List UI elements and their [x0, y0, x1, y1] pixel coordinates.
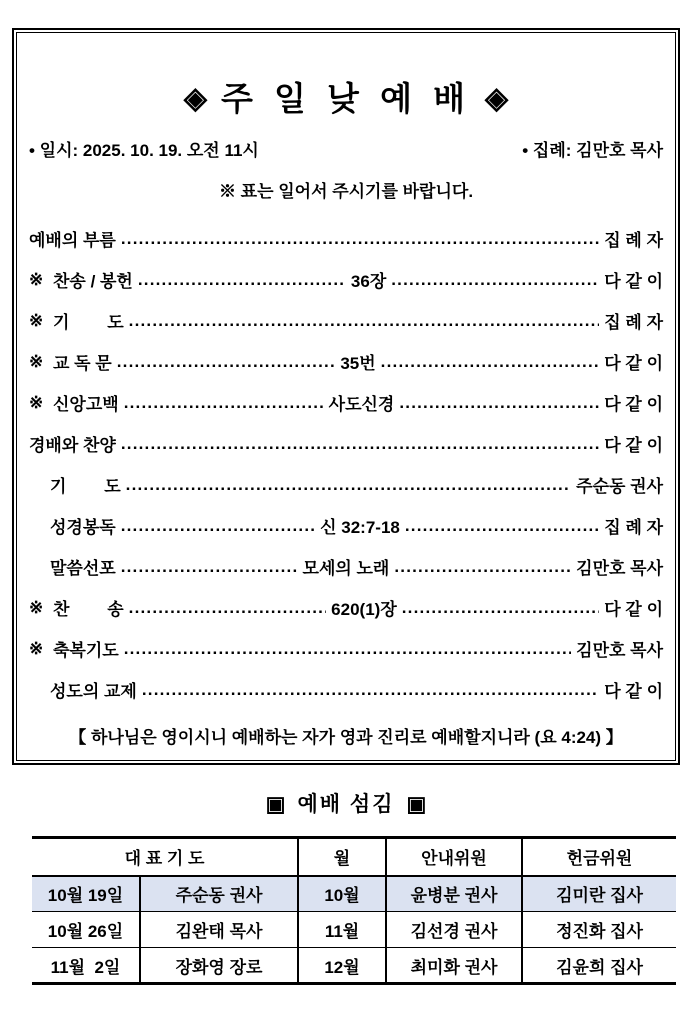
order-item-person: 집 례 자 — [604, 513, 663, 538]
order-item-detail: 35번 — [340, 349, 375, 374]
stand-marker: ※ — [29, 270, 53, 290]
order-item-detail: 36장 — [351, 267, 386, 292]
diamond-icon: ◈ — [485, 79, 508, 119]
service-info-row: • 일시: 2025. 10. 19. 오전 11시 • 집례: 김만호 목사 — [29, 141, 663, 161]
prayer-person: 주순동 권사 — [140, 876, 298, 912]
order-item-label: 경배와 찬양 — [29, 431, 116, 456]
order-item-detail: 신 32:7-18 — [320, 513, 400, 538]
serving-section-heading: ▣ 예배 섬김 ▣ — [0, 792, 692, 818]
dot-leader — [381, 352, 600, 372]
square-icon: ▣ — [266, 792, 286, 818]
order-item-prayer: ※ 기 도 집 례 자 — [29, 300, 663, 341]
order-item-fellowship: 성도의 교제 다 같 이 — [29, 669, 663, 710]
order-item-praise-worship: 경배와 찬양 다 같 이 — [29, 423, 663, 464]
order-item-person: 다 같 이 — [604, 595, 663, 620]
order-item-person: 다 같 이 — [604, 267, 663, 292]
order-item-detail: 620(1)장 — [331, 595, 397, 620]
stand-marker: ※ — [29, 639, 53, 659]
dot-leader — [394, 557, 571, 577]
order-item-label: 신앙고백 — [53, 390, 119, 415]
table-row-current-week: 10월 19일 주순동 권사 10월 윤병분 권사 김미란 집사 — [32, 876, 676, 912]
order-item-label: 성도의 교제 — [50, 677, 137, 702]
offering-person: 정진화 집사 — [522, 912, 676, 948]
order-item-detail: 모세의 노래 — [303, 554, 390, 579]
order-item-label: 기 도 — [53, 308, 124, 333]
dot-leader — [129, 311, 600, 331]
order-item-sermon: 말씀선포 모세의 노래 김만호 목사 — [29, 546, 663, 587]
square-icon: ▣ — [406, 792, 426, 818]
usher-person: 김선경 권사 — [386, 912, 522, 948]
order-item-label: 기 도 — [50, 472, 121, 497]
stand-marker: ※ — [29, 598, 53, 618]
order-item-person: 다 같 이 — [604, 431, 663, 456]
order-item-benediction: ※ 축복기도 김만호 목사 — [29, 628, 663, 669]
usher-person: 최미화 권사 — [386, 948, 522, 984]
page-title: 주 일 낮 예 배 — [221, 79, 471, 119]
order-item-label: 교 독 문 — [53, 349, 112, 374]
order-item-label: 찬 송 — [53, 595, 124, 620]
order-item-hymn-offering: ※ 찬송 / 봉헌 36장 다 같 이 — [29, 259, 663, 300]
dot-leader — [126, 475, 572, 495]
serving-table: 대 표 기 도 월 안내위원 헌금위원 10월 19일 주순동 권사 10월 윤… — [32, 836, 676, 985]
order-item-person: 집 례 자 — [604, 226, 663, 251]
order-item-person: 김만호 목사 — [576, 554, 663, 579]
usher-person: 윤병분 권사 — [386, 876, 522, 912]
order-item-label: 말씀선포 — [50, 554, 116, 579]
order-item-label: 성경봉독 — [50, 513, 116, 538]
order-item-person: 주순동 권사 — [576, 472, 663, 497]
order-item-person: 다 같 이 — [604, 349, 663, 374]
prayer-person: 김완태 목사 — [140, 912, 298, 948]
offering-person: 김미란 집사 — [522, 876, 676, 912]
standing-note: ※ 표는 일어서 주시기를 바랍니다. — [29, 182, 663, 202]
scripture-verse: 【 하나님은 영이시니 예배하는 자가 영과 진리로 예배할지니라 (요 4:2… — [29, 728, 663, 748]
service-datetime: • 일시: 2025. 10. 19. 오전 11시 — [29, 141, 259, 161]
duty-month: 12월 — [298, 948, 386, 984]
dot-leader — [138, 270, 346, 290]
dot-leader — [405, 516, 599, 536]
duty-month: 11월 — [298, 912, 386, 948]
col-header-usher: 안내위원 — [386, 838, 522, 876]
order-item-person: 집 례 자 — [604, 308, 663, 333]
order-item-label: 찬송 / 봉헌 — [53, 267, 133, 292]
stand-marker: ※ — [29, 393, 53, 413]
serving-heading-text: 예배 섬김 — [298, 792, 395, 818]
order-item-label: 예배의 부름 — [29, 226, 116, 251]
order-item-call-to-worship: 예배의 부름 집 례 자 — [29, 218, 663, 259]
offering-person: 김윤희 집사 — [522, 948, 676, 984]
dot-leader — [117, 352, 336, 372]
dot-leader — [121, 434, 599, 454]
order-item-detail: 사도신경 — [329, 390, 395, 415]
dot-leader — [129, 598, 327, 618]
col-header-offering: 헌금위원 — [522, 838, 676, 876]
order-item-confession-of-faith: ※ 신앙고백 사도신경 다 같 이 — [29, 382, 663, 423]
table-row: 11월 2일 장화영 장로 12월 최미화 권사 김윤희 집사 — [32, 948, 676, 984]
table-row: 10월 26일 김완태 목사 11월 김선경 권사 정진화 집사 — [32, 912, 676, 948]
dot-leader — [402, 598, 600, 618]
dot-leader — [391, 270, 599, 290]
order-item-person: 다 같 이 — [604, 390, 663, 415]
bulletin-page: ◈ 주 일 낮 예 배 ◈ • 일시: 2025. 10. 19. 오전 11시… — [0, 0, 692, 1020]
dot-leader — [399, 393, 599, 413]
diamond-icon: ◈ — [184, 79, 207, 119]
prayer-person: 장화영 장로 — [140, 948, 298, 984]
order-item-person: 다 같 이 — [604, 677, 663, 702]
dot-leader — [124, 393, 324, 413]
dot-leader — [121, 516, 315, 536]
dot-leader — [121, 557, 298, 577]
dot-leader — [121, 229, 599, 249]
order-item-label: 축복기도 — [53, 636, 119, 661]
prayer-date: 10월 19일 — [32, 876, 140, 912]
worship-order-box-inner: ◈ 주 일 낮 예 배 ◈ • 일시: 2025. 10. 19. 오전 11시… — [16, 32, 676, 761]
order-item-scripture-reading: 성경봉독 신 32:7-18 집 례 자 — [29, 505, 663, 546]
stand-marker: ※ — [29, 311, 53, 331]
order-item-person: 김만호 목사 — [576, 636, 663, 661]
dot-leader — [124, 639, 571, 659]
page-title-row: ◈ 주 일 낮 예 배 ◈ — [29, 79, 663, 119]
service-officiant: • 집례: 김만호 목사 — [522, 141, 663, 161]
order-item-hymn: ※ 찬 송 620(1)장 다 같 이 — [29, 587, 663, 628]
prayer-date: 10월 26일 — [32, 912, 140, 948]
worship-order-list: 예배의 부름 집 례 자 ※ 찬송 / 봉헌 36장 다 같 이 ※ 기 도 — [29, 218, 663, 710]
col-header-representative-prayer: 대 표 기 도 — [32, 838, 298, 876]
dot-leader — [142, 680, 599, 700]
col-header-month: 월 — [298, 838, 386, 876]
duty-month: 10월 — [298, 876, 386, 912]
prayer-date: 11월 2일 — [32, 948, 140, 984]
serving-table-header-row: 대 표 기 도 월 안내위원 헌금위원 — [32, 838, 676, 876]
order-item-representative-prayer: 기 도 주순동 권사 — [29, 464, 663, 505]
worship-order-box: ◈ 주 일 낮 예 배 ◈ • 일시: 2025. 10. 19. 오전 11시… — [12, 28, 680, 765]
stand-marker: ※ — [29, 352, 53, 372]
order-item-responsive-reading: ※ 교 독 문 35번 다 같 이 — [29, 341, 663, 382]
